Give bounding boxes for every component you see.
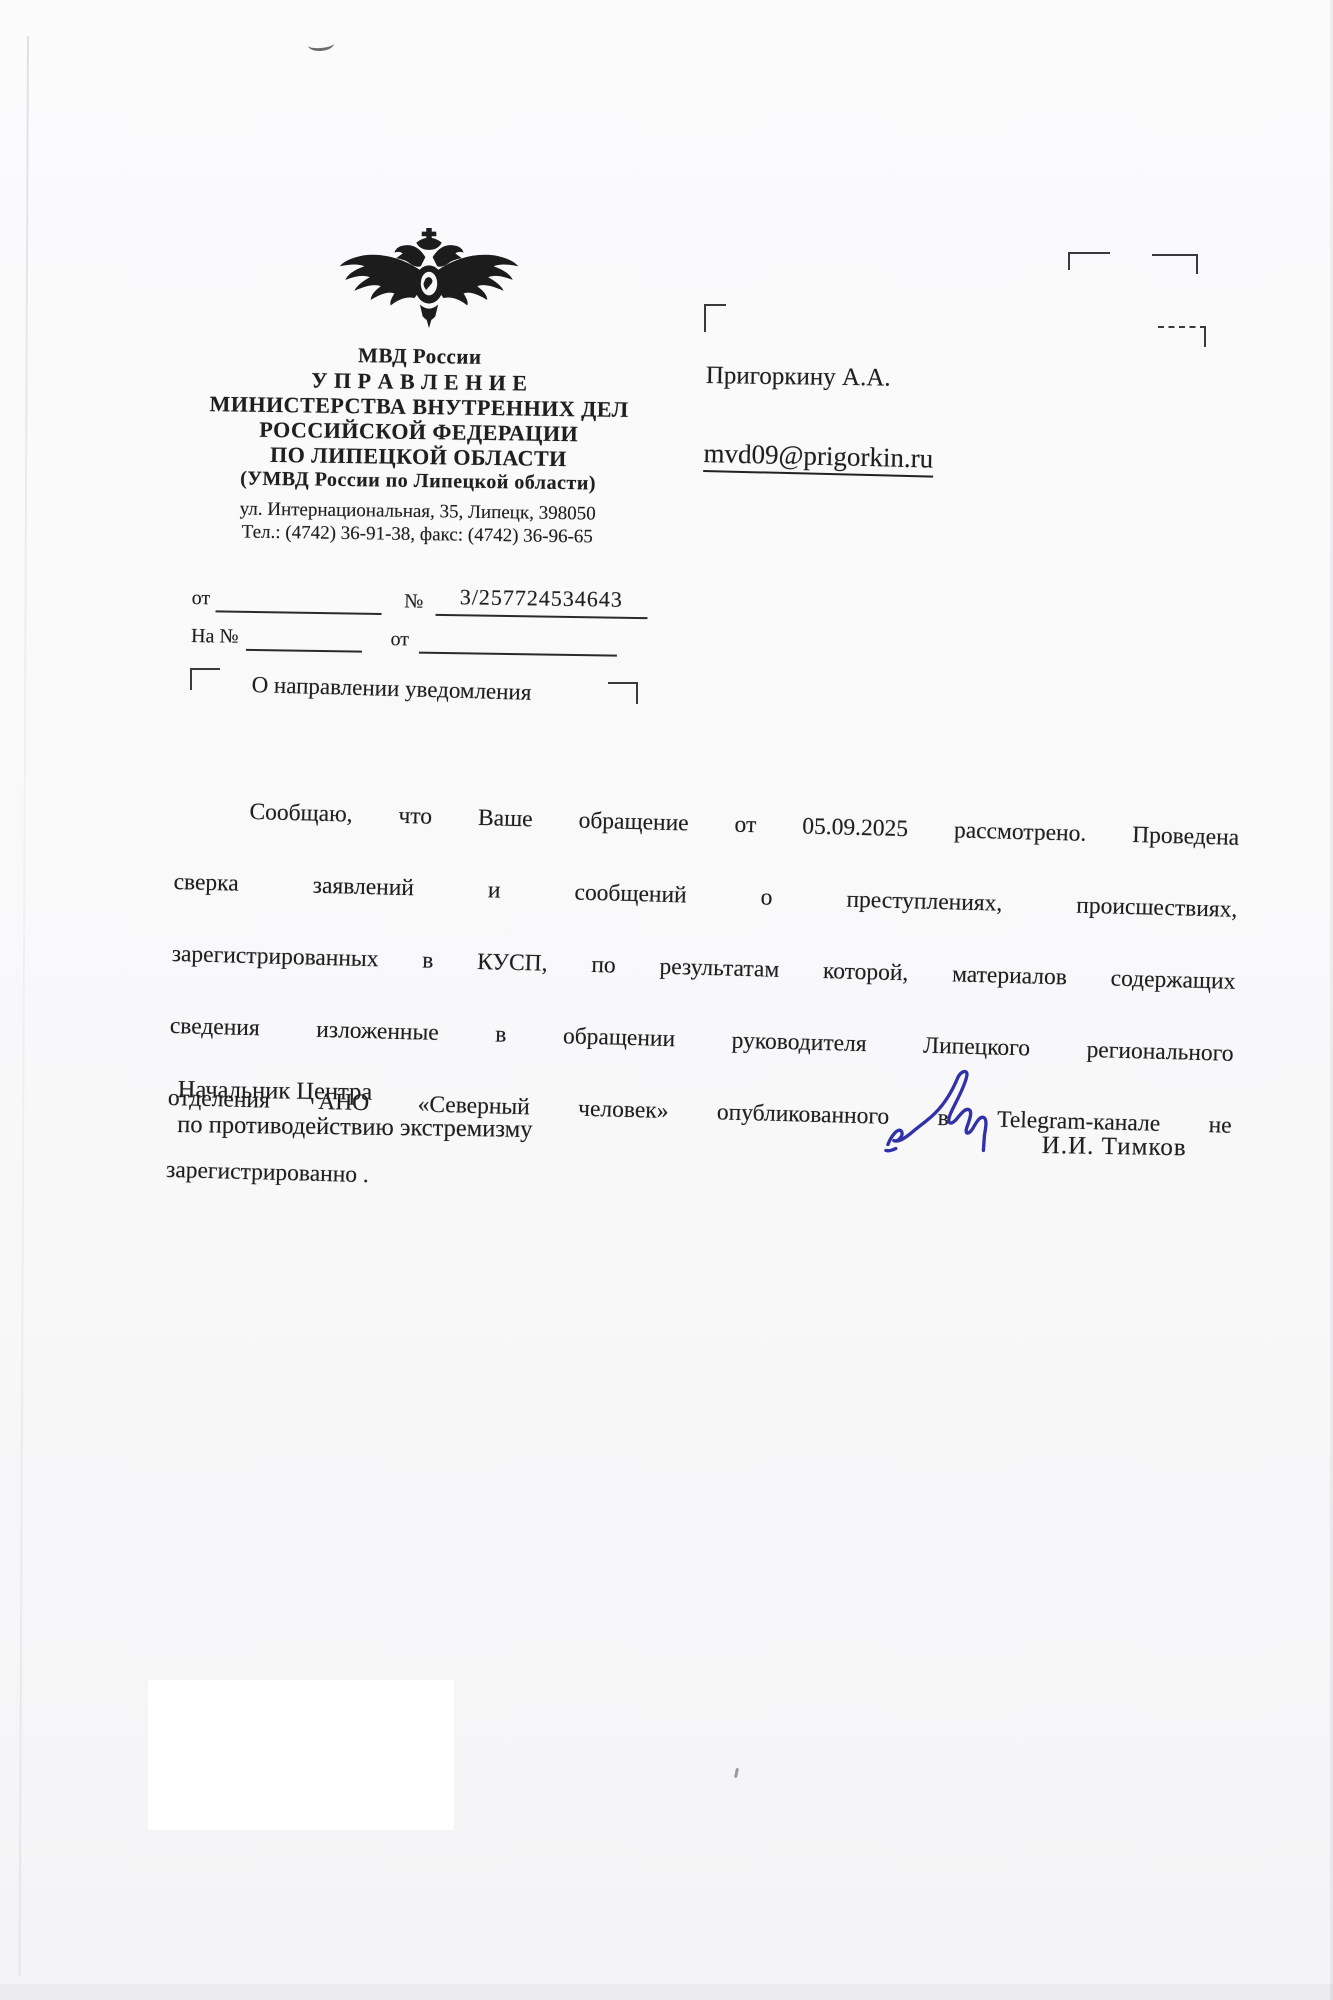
signer-position-line: по противодействию экстремизму bbox=[177, 1107, 533, 1147]
stamp-corner-mark-3 bbox=[1158, 326, 1206, 347]
incoming-row: На № от bbox=[191, 620, 671, 658]
number-label: № bbox=[404, 590, 423, 615]
signer-position-line: Начальник Центра bbox=[178, 1072, 534, 1112]
reply-from-label: от bbox=[390, 628, 409, 653]
outgoing-number: 3/257724534643 bbox=[435, 584, 647, 619]
date-blank-line bbox=[216, 584, 382, 615]
scanned-letter-page: МВД России У П Р А В Л Е Н И Е МИНИСТЕРС… bbox=[0, 0, 1333, 2000]
mvd-eagle-emblem-icon bbox=[338, 224, 520, 334]
addressee-corner-mark bbox=[704, 304, 726, 332]
subject-line: О направлении уведомления bbox=[251, 672, 531, 706]
reply-number-blank-line bbox=[246, 623, 362, 653]
reply-date-blank-line bbox=[419, 626, 617, 657]
signer-name: И.И. Тимков bbox=[1042, 1132, 1187, 1162]
addressee-name: Пригоркину А.А. bbox=[706, 362, 891, 393]
handwritten-signature bbox=[882, 1064, 1010, 1166]
from-label: от bbox=[192, 587, 211, 612]
stamp-corner-mark-2 bbox=[1152, 254, 1198, 274]
signer-position-block: Начальник Центра по противодействию экст… bbox=[177, 1072, 533, 1147]
scan-crease-line bbox=[19, 36, 29, 1976]
reference-block: от № 3/257724534643 На № от bbox=[191, 582, 672, 666]
scan-speck-top bbox=[307, 37, 334, 52]
letterhead-block: МВД России У П Р А В Л Е Н И Е МИНИСТЕРС… bbox=[127, 340, 710, 550]
outgoing-row: от № 3/257724534643 bbox=[192, 582, 672, 620]
subject-corner-mark-left bbox=[190, 668, 220, 690]
scan-speck-bottom bbox=[734, 1768, 739, 1778]
addressee-email: mvd09@prigorkin.ru bbox=[703, 438, 933, 478]
redaction-white-patch bbox=[148, 1680, 454, 1830]
reply-to-label: На № bbox=[191, 625, 239, 651]
subject-corner-mark-right bbox=[608, 682, 638, 704]
stamp-corner-mark-1 bbox=[1068, 252, 1110, 270]
scan-edge-shadow-bottom bbox=[0, 1984, 1333, 2000]
